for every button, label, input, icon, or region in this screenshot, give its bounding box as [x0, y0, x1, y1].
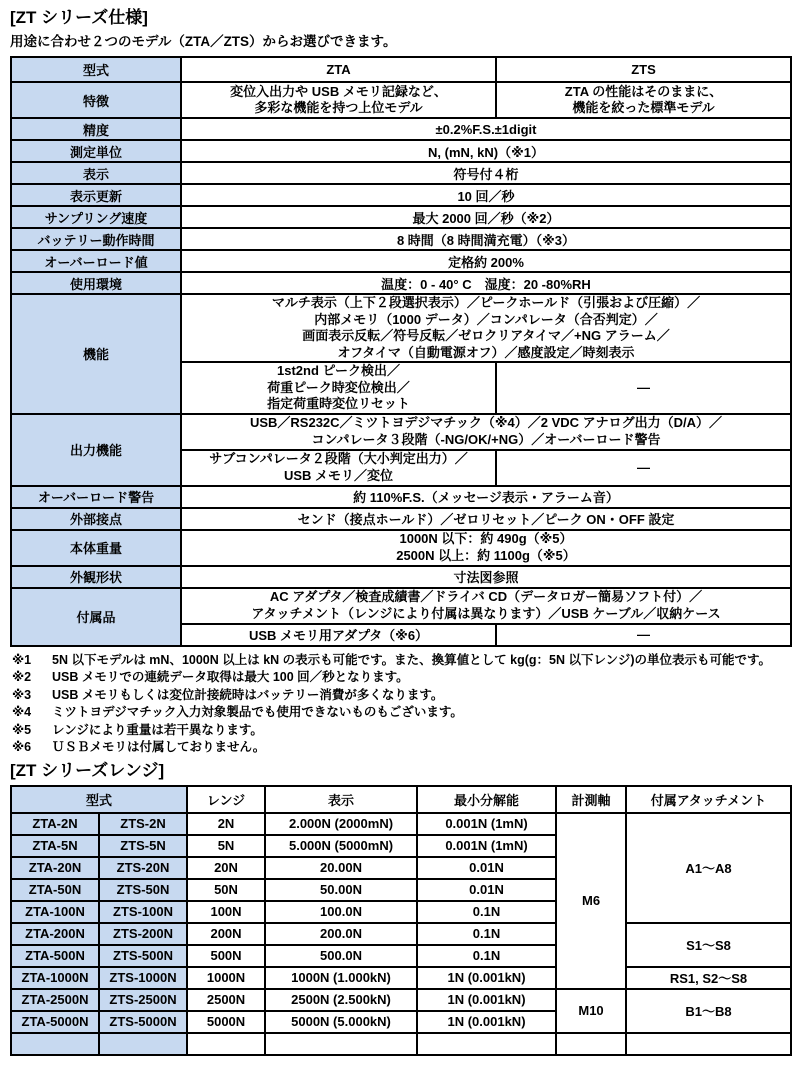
model-cell-zta: ZTA-5000N	[11, 1011, 99, 1033]
model-cell-zts: ZTS-20N	[99, 857, 187, 879]
spec-value-zta: 1st2nd ピーク検出／ 荷重ピーク時変位検出／ 指定荷重時変位リセット	[181, 362, 496, 414]
spec-value: 寸法図参照	[181, 566, 791, 588]
footnote-text: 5N 以下モデルは mN、1000N 以上は kN の表示も可能です。また、換算…	[52, 652, 771, 670]
spec-col-zts: ZTS	[496, 57, 791, 82]
spec-row-label: 精度	[11, 118, 181, 140]
model-cell-zts: ZTS-1000N	[99, 967, 187, 989]
resolution-cell: 0.001N (1mN)	[417, 835, 556, 857]
axis-cell: M10	[556, 989, 626, 1033]
model-cell-zts: ZTS-200N	[99, 923, 187, 945]
footnote-mark: ※6	[10, 739, 52, 757]
spec-value: マルチ表示（上下２段選択表示）／ピークホールド（引張および圧縮）／ 内部メモリ（…	[181, 294, 791, 362]
model-cell-zts: ZTS-2N	[99, 813, 187, 835]
footnote-mark: ※2	[10, 669, 52, 687]
display-cell: 2.000N (2000mN)	[265, 813, 417, 835]
spec-value-zts: ―	[496, 450, 791, 486]
table-row: サンプリング速度 最大 2000 回／秒（※2）	[11, 206, 791, 228]
footnote-mark: ※1	[10, 652, 52, 670]
table-row: オーバーロード警告 約 110%F.S.（メッセージ表示・アラーム音）	[11, 486, 791, 508]
range-cell: 2N	[187, 813, 265, 835]
range-col-resolution: 最小分解能	[417, 786, 556, 813]
spec-value: USB／RS232C／ミツトヨデジマチック（※4）／2 VDC アナログ出力（D…	[181, 414, 791, 450]
resolution-cell: 0.1N	[417, 945, 556, 967]
model-cell-zta: ZTA-5N	[11, 835, 99, 857]
resolution-cell: 0.01N	[417, 857, 556, 879]
footnote-mark: ※4	[10, 704, 52, 722]
table-row: 型式 ZTA ZTS	[11, 57, 791, 82]
model-cell-zta: ZTA-1000N	[11, 967, 99, 989]
display-cell: 20.00N	[265, 857, 417, 879]
spec-value: 符号付４桁	[181, 162, 791, 184]
table-row: 特徴 変位入出力や USB メモリ記録など、 多彩な機能を持つ上位モデル ZTA…	[11, 82, 791, 118]
display-cell: 2500N (2.500kN)	[265, 989, 417, 1011]
spec-value: 10 回／秒	[181, 184, 791, 206]
range-col-axis: 計測軸	[556, 786, 626, 813]
footnote: ※5レンジにより重量は若干異なります。	[10, 722, 790, 740]
spec-row-label: 特徴	[11, 82, 181, 118]
spec-sheet-page: [ZT シリーズ仕様] 用途に合わせ２つのモデル（ZTA／ZTS）からお選びでき…	[0, 0, 800, 1073]
attachment-cell: RS1, S2～S8	[626, 967, 791, 989]
resolution-cell: 0.01N	[417, 879, 556, 901]
attachment-cell: A1～A8	[626, 813, 791, 923]
range-cell: 200N	[187, 923, 265, 945]
model-cell-zts: ZTS-50N	[99, 879, 187, 901]
resolution-cell: 1N (0.001kN)	[417, 1011, 556, 1033]
model-cell-zta: ZTA-2500N	[11, 989, 99, 1011]
range-cell: 1000N	[187, 967, 265, 989]
spec-value: 最大 2000 回／秒（※2）	[181, 206, 791, 228]
spec-row-label: 表示	[11, 162, 181, 184]
footnote-mark: ※3	[10, 687, 52, 705]
spec-row-label: 出力機能	[11, 414, 181, 486]
model-cell-zta: ZTA-50N	[11, 879, 99, 901]
resolution-cell: 0.001N (1mN)	[417, 813, 556, 835]
table-row: ZTA-2N ZTS-2N 2N 2.000N (2000mN) 0.001N …	[11, 813, 791, 835]
resolution-cell: 0.1N	[417, 923, 556, 945]
display-cell: 100.0N	[265, 901, 417, 923]
footnote-text: ＵＳＢメモリは付属しておりません。	[52, 739, 265, 757]
footnote: ※6ＵＳＢメモリは付属しておりません。	[10, 739, 790, 757]
attachment-cell: B1～B8	[626, 989, 791, 1033]
model-cell-zts: ZTS-5N	[99, 835, 187, 857]
spec-row-label: 使用環境	[11, 272, 181, 294]
table-row: 外部接点 センド（接点ホールド）／ゼロリセット／ピーク ON・OFF 設定	[11, 508, 791, 530]
range-section-title: [ZT シリーズレンジ]	[10, 761, 790, 781]
table-row-clipped	[11, 1033, 791, 1055]
range-table: 型式 レンジ 表示 最小分解能 計測軸 付属アタッチメント ZTA-2N ZTS…	[10, 785, 792, 1056]
table-row: 型式 レンジ 表示 最小分解能 計測軸 付属アタッチメント	[11, 786, 791, 813]
range-cell: 500N	[187, 945, 265, 967]
table-row: 本体重量 1000N 以下：約 490g（※5） 2500N 以上：約 1100…	[11, 530, 791, 566]
spec-value-zta: 変位入出力や USB メモリ記録など、 多彩な機能を持つ上位モデル	[181, 82, 496, 118]
axis-cell	[556, 1033, 626, 1055]
range-cell: 2500N	[187, 989, 265, 1011]
axis-cell: M6	[556, 813, 626, 989]
model-cell-zta: ZTA-100N	[11, 901, 99, 923]
footnote-text: レンジにより重量は若干異なります。	[52, 722, 263, 740]
spec-row-label: サンプリング速度	[11, 206, 181, 228]
table-row: 精度 ±0.2%F.S.±1digit	[11, 118, 791, 140]
spec-row-label: オーバーロード警告	[11, 486, 181, 508]
resolution-cell	[417, 1033, 556, 1055]
spec-row-label: 外観形状	[11, 566, 181, 588]
model-cell-zts	[99, 1033, 187, 1055]
display-cell: 5000N (5.000kN)	[265, 1011, 417, 1033]
footnote: ※2USB メモリでの連続データ取得は最大 100 回／秒となります。	[10, 669, 790, 687]
table-row: バッテリー動作時間 8 時間（8 時間満充電）（※3）	[11, 228, 791, 250]
range-cell: 100N	[187, 901, 265, 923]
table-row: ZTA-1000N ZTS-1000N 1000N 1000N (1.000kN…	[11, 967, 791, 989]
model-cell-zta: ZTA-500N	[11, 945, 99, 967]
footnote-mark: ※5	[10, 722, 52, 740]
model-cell-zts: ZTS-5000N	[99, 1011, 187, 1033]
model-cell-zta: ZTA-200N	[11, 923, 99, 945]
model-cell-zta: ZTA-2N	[11, 813, 99, 835]
spec-value: N, (mN, kN)（※1）	[181, 140, 791, 162]
table-row: 出力機能 USB／RS232C／ミツトヨデジマチック（※4）／2 VDC アナロ…	[11, 414, 791, 450]
spec-row-label: 表示更新	[11, 184, 181, 206]
display-cell: 5.000N (5000mN)	[265, 835, 417, 857]
spec-section-title: [ZT シリーズ仕様]	[10, 8, 790, 28]
spec-table: 型式 ZTA ZTS 特徴 変位入出力や USB メモリ記録など、 多彩な機能を…	[10, 56, 792, 647]
spec-row-label: オーバーロード値	[11, 250, 181, 272]
range-col-range: レンジ	[187, 786, 265, 813]
spec-row-label: バッテリー動作時間	[11, 228, 181, 250]
footnotes: ※15N 以下モデルは mN、1000N 以上は kN の表示も可能です。また、…	[10, 652, 790, 757]
model-cell-zts: ZTS-2500N	[99, 989, 187, 1011]
table-row: 付属品 AC アダプタ／検査成績書／ドライバ CD（データロガー簡易ソフト付）／…	[11, 588, 791, 624]
resolution-cell: 1N (0.001kN)	[417, 989, 556, 1011]
table-row: オーバーロード値 定格約 200%	[11, 250, 791, 272]
range-col-display: 表示	[265, 786, 417, 813]
footnote-text: USB メモリでの連続データ取得は最大 100 回／秒となります。	[52, 669, 409, 687]
spec-value: ±0.2%F.S.±1digit	[181, 118, 791, 140]
footnote: ※3USB メモリもしくは変位計接続時はバッテリー消費が多くなります。	[10, 687, 790, 705]
attachment-cell: S1～S8	[626, 923, 791, 967]
spec-row-label: 機能	[11, 294, 181, 414]
table-row: ZTA-2500N ZTS-2500N 2500N 2500N (2.500kN…	[11, 989, 791, 1011]
model-cell-zts: ZTS-100N	[99, 901, 187, 923]
spec-row-label: 本体重量	[11, 530, 181, 566]
attachment-cell	[626, 1033, 791, 1055]
spec-value-zta: USB メモリ用アダプタ（※6）	[181, 624, 496, 646]
table-row: 外観形状 寸法図参照	[11, 566, 791, 588]
table-row: 表示 符号付４桁	[11, 162, 791, 184]
footnote-text: ミツトヨデジマチック入力対象製品でも使用できないものもございます。	[52, 704, 463, 722]
display-cell: 200.0N	[265, 923, 417, 945]
display-cell: 50.00N	[265, 879, 417, 901]
spec-col-model: 型式	[11, 57, 181, 82]
table-row: 機能 マルチ表示（上下２段選択表示）／ピークホールド（引張および圧縮）／ 内部メ…	[11, 294, 791, 362]
table-row: 表示更新 10 回／秒	[11, 184, 791, 206]
spec-row-label: 付属品	[11, 588, 181, 646]
display-cell	[265, 1033, 417, 1055]
footnote: ※4ミツトヨデジマチック入力対象製品でも使用できないものもございます。	[10, 704, 790, 722]
spec-value-zta: サブコンパレータ２段階（大小判定出力）／ USB メモリ／変位	[181, 450, 496, 486]
range-cell	[187, 1033, 265, 1055]
spec-value: 定格約 200%	[181, 250, 791, 272]
spec-value: 約 110%F.S.（メッセージ表示・アラーム音）	[181, 486, 791, 508]
table-row: 測定単位 N, (mN, kN)（※1）	[11, 140, 791, 162]
range-col-model: 型式	[11, 786, 187, 813]
spec-value: センド（接点ホールド）／ゼロリセット／ピーク ON・OFF 設定	[181, 508, 791, 530]
table-row: ZTA-200N ZTS-200N 200N 200.0N 0.1N S1～S8	[11, 923, 791, 945]
spec-value: 1000N 以下：約 490g（※5） 2500N 以上：約 1100g（※5）	[181, 530, 791, 566]
spec-value: 温度：0 - 40° C 湿度：20 -80%RH	[181, 272, 791, 294]
footnote: ※15N 以下モデルは mN、1000N 以上は kN の表示も可能です。また、…	[10, 652, 790, 670]
spec-row-label: 外部接点	[11, 508, 181, 530]
range-cell: 5N	[187, 835, 265, 857]
table-row: 使用環境 温度：0 - 40° C 湿度：20 -80%RH	[11, 272, 791, 294]
spec-value: 8 時間（8 時間満充電）（※3）	[181, 228, 791, 250]
display-cell: 500.0N	[265, 945, 417, 967]
range-cell: 5000N	[187, 1011, 265, 1033]
spec-value-zts: ZTA の性能はそのままに、 機能を絞った標準モデル	[496, 82, 791, 118]
spec-value-zts: ―	[496, 624, 791, 646]
spec-value: AC アダプタ／検査成績書／ドライバ CD（データロガー簡易ソフト付）／ アタッ…	[181, 588, 791, 624]
display-cell: 1000N (1.000kN)	[265, 967, 417, 989]
model-cell-zts: ZTS-500N	[99, 945, 187, 967]
range-cell: 20N	[187, 857, 265, 879]
range-cell: 50N	[187, 879, 265, 901]
resolution-cell: 0.1N	[417, 901, 556, 923]
footnote-text: USB メモリもしくは変位計接続時はバッテリー消費が多くなります。	[52, 687, 443, 705]
model-cell-zta: ZTA-20N	[11, 857, 99, 879]
spec-col-zta: ZTA	[181, 57, 496, 82]
spec-value-zts: ―	[496, 362, 791, 414]
model-cell-zta	[11, 1033, 99, 1055]
spec-section-subtitle: 用途に合わせ２つのモデル（ZTA／ZTS）からお選びできます。	[10, 34, 790, 50]
spec-row-label: 測定単位	[11, 140, 181, 162]
resolution-cell: 1N (0.001kN)	[417, 967, 556, 989]
range-col-attachment: 付属アタッチメント	[626, 786, 791, 813]
